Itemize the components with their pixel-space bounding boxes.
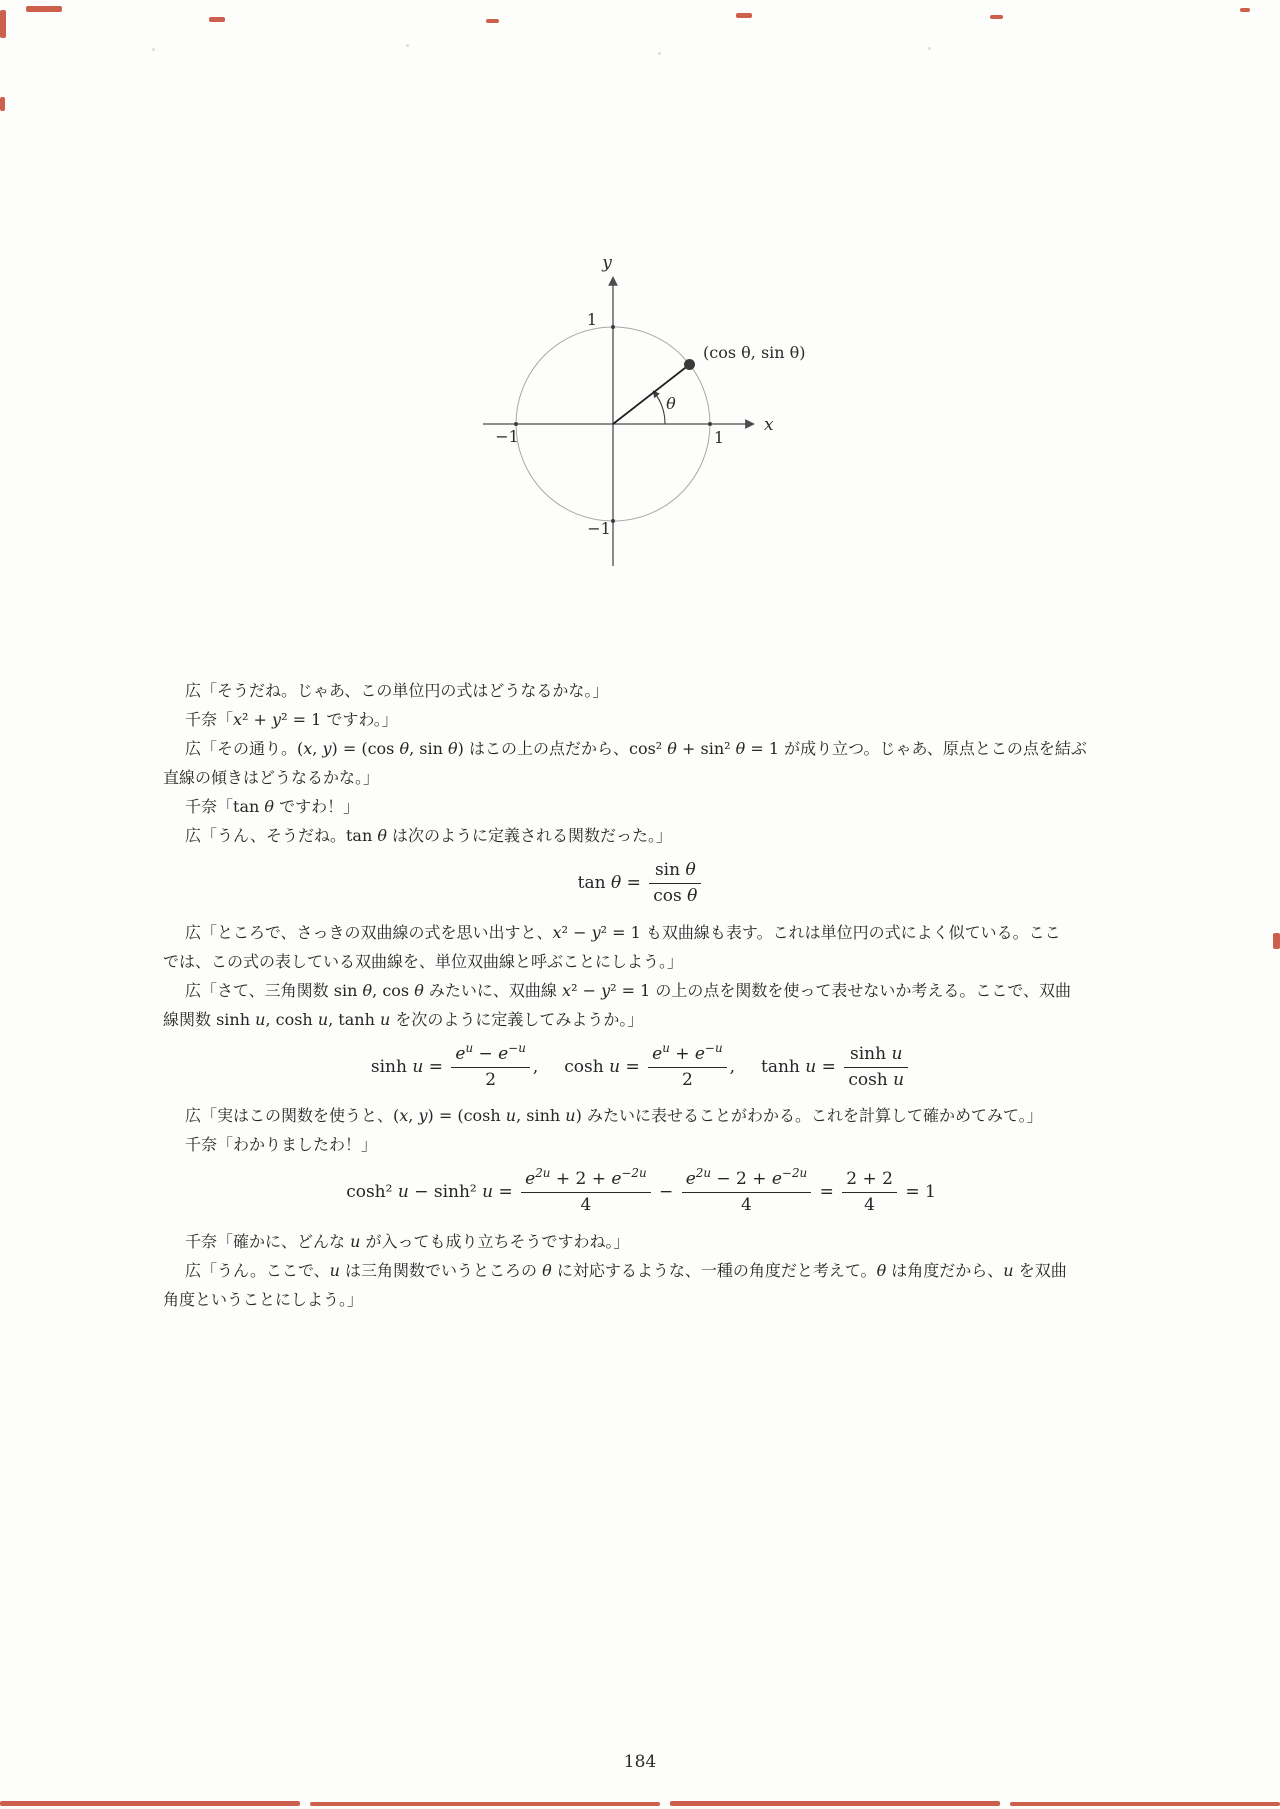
fraction: sin θcos θ xyxy=(649,860,701,908)
text-segment: , xyxy=(533,1057,538,1078)
text-segment: みたいに、双曲線 xyxy=(424,981,562,1000)
fraction: 2 + 24 xyxy=(842,1169,897,1217)
text-segment: x xyxy=(233,710,242,729)
text-segment: に対応するような、一種の角度だと考えて。 xyxy=(552,1261,877,1280)
y-axis-label: y xyxy=(601,253,612,273)
formula-identity: cosh² u − sinh² u = e2u + 2 + e−2u4 − e2… xyxy=(163,1159,1119,1227)
text-segment: tan xyxy=(578,873,611,894)
scan-artifact xyxy=(310,1802,660,1806)
text-flow: 広「そうだね。じゃあ、この単位円の式はどうなるかな。」千奈「x² + y² = … xyxy=(163,676,1119,1314)
text-segment: = xyxy=(816,1057,841,1078)
text-segment: 4 xyxy=(864,1195,875,1215)
text-line: 角度ということにしよう。」 xyxy=(163,1285,1119,1314)
text-segment: 広「そうだね。じゃあ、この単位円の式はどうなるかな。」 xyxy=(185,681,608,700)
text-segment: + 2 + xyxy=(550,1169,611,1189)
formula-hyperbolic-definitions: sinh u = eu − e−u2,cosh u = eu + e−u2,ta… xyxy=(163,1034,1119,1102)
text-segment: u xyxy=(609,1057,620,1078)
text-line: 広「ところで、さっきの双曲線の式を思い出すと、x² − y² = 1 も双曲線も… xyxy=(163,918,1119,947)
scan-artifact xyxy=(209,17,225,22)
text-segment: u xyxy=(506,1106,516,1125)
text-segment: ² − xyxy=(562,923,592,942)
text-line: 広「実はこの関数を使うと、(x, y) = (cosh u, sinh u) み… xyxy=(163,1101,1119,1130)
text-segment: 2u xyxy=(696,1166,711,1180)
text-segment: 千奈「わかりましたわ！」 xyxy=(185,1135,377,1154)
text-segment: y xyxy=(272,710,281,729)
scan-speck xyxy=(658,52,661,55)
text-line: 千奈「tan θ ですわ！」 xyxy=(163,792,1119,821)
text-segment: ² = 1 xyxy=(281,710,321,729)
text-segment: e xyxy=(686,1169,696,1189)
text-segment: θ xyxy=(448,739,458,758)
text-segment: cosh² xyxy=(346,1182,398,1203)
text-segment: θ xyxy=(736,739,746,758)
scan-artifact xyxy=(26,6,62,12)
x-axis-label: x xyxy=(764,415,774,435)
tick-dot-bottom xyxy=(611,519,615,523)
scan-artifact xyxy=(1010,1802,1280,1806)
text-segment: は角度だから、 xyxy=(886,1261,1003,1280)
text-segment: , sin xyxy=(409,739,448,758)
scan-artifact xyxy=(670,1801,1000,1806)
text-segment: −u xyxy=(705,1041,723,1055)
text-segment: e xyxy=(525,1169,535,1189)
text-segment: 広「うん、そうだね。 xyxy=(185,826,346,845)
text-segment: sin xyxy=(334,981,363,1000)
text-segment: 2 xyxy=(485,1070,496,1090)
text-segment: 角度ということにしよう。」 xyxy=(163,1290,363,1309)
text-segment: u xyxy=(465,1041,473,1055)
text-segment: 2 + 2 xyxy=(846,1169,893,1189)
tick-dot-right xyxy=(708,422,712,426)
text-segment: + sin² xyxy=(677,739,736,758)
unit-circle-diagram: y x 1 −1 1 −1 (cos θ, sin θ) θ xyxy=(450,248,810,578)
scan-artifact xyxy=(736,13,752,18)
text-segment: θ xyxy=(611,873,621,894)
text-segment: = 1 xyxy=(745,739,779,758)
document-page: y x 1 −1 1 −1 (cos θ, sin θ) θ 広「そうだね。じゃ… xyxy=(0,0,1280,1809)
text-segment: ² − xyxy=(571,981,601,1000)
text-segment: y xyxy=(592,923,601,942)
text-segment: y xyxy=(322,739,331,758)
text-segment: 直線の傾きはどうなるかな。」 xyxy=(163,768,379,787)
text-segment: は次のように定義される関数だった。」 xyxy=(387,826,672,845)
text-segment: u xyxy=(318,1010,328,1029)
text-segment: ) = (cosh xyxy=(428,1106,506,1125)
text-segment: 千奈「確かに、どんな xyxy=(185,1232,350,1251)
text-segment: が入っても成り立ちそうですわね。」 xyxy=(360,1232,629,1251)
text-segment: u xyxy=(398,1182,409,1203)
angle-arc xyxy=(654,392,665,424)
text-line: 広「さて、三角関数 sin θ, cos θ みたいに、双曲線 x² − y² … xyxy=(163,976,1119,1005)
text-segment: − 2 + xyxy=(711,1169,772,1189)
text-line: 広「その通り。(x, y) = (cos θ, sin θ) はこの上の点だから… xyxy=(163,734,1119,763)
text-segment: −2u xyxy=(782,1166,807,1180)
text-segment: ² = 1 xyxy=(610,981,650,1000)
text-segment: −u xyxy=(508,1041,526,1055)
scan-artifact xyxy=(990,15,1003,19)
text-segment: x xyxy=(303,739,312,758)
fraction: e2u + 2 + e−2u4 xyxy=(521,1169,650,1217)
text-segment: e xyxy=(772,1169,782,1189)
text-segment: 線関数 xyxy=(163,1010,216,1029)
text-segment: 広「実はこの関数を使うと、 xyxy=(185,1106,393,1125)
fraction: eu + e−u2 xyxy=(648,1044,726,1092)
text-segment: = xyxy=(621,873,646,894)
tick-dot-top xyxy=(611,325,615,329)
text-segment: θ xyxy=(877,1261,887,1280)
text-segment: tanh xyxy=(761,1057,805,1078)
scan-artifact xyxy=(0,97,5,111)
text-segment: , xyxy=(408,1106,418,1125)
text-segment: = xyxy=(620,1057,645,1078)
text-segment: 広「さて、三角関数 xyxy=(185,981,334,1000)
scan-speck xyxy=(928,47,931,50)
text-segment: u xyxy=(380,1010,390,1029)
text-segment: u xyxy=(412,1057,423,1078)
text-segment: θ xyxy=(399,739,409,758)
text-line: 千奈「確かに、どんな u が入っても成り立ちそうですわね。」 xyxy=(163,1227,1119,1256)
text-segment: 千奈「 xyxy=(185,797,233,816)
text-segment: tan xyxy=(233,797,264,816)
text-segment: では、この式の表している双曲線を、単位双曲線と呼ぶことにしよう。」 xyxy=(163,952,683,971)
point-label: (cos θ, sin θ) xyxy=(703,343,806,362)
text-segment: , sinh xyxy=(516,1106,565,1125)
text-segment: 2 xyxy=(682,1070,693,1090)
text-segment: sin xyxy=(655,860,686,880)
text-line: 広「そうだね。じゃあ、この単位円の式はどうなるかな。」 xyxy=(163,676,1119,705)
text-segment: 広「ところで、さっきの双曲線の式を思い出すと、 xyxy=(185,923,553,942)
text-segment: sinh xyxy=(371,1057,412,1078)
text-segment: u xyxy=(1003,1261,1013,1280)
text-segment: ) = (cos xyxy=(332,739,400,758)
text-segment: e xyxy=(455,1044,465,1064)
text-segment: θ xyxy=(414,981,424,1000)
text-segment: 2u xyxy=(535,1166,550,1180)
text-segment: ² = 1 xyxy=(601,923,641,942)
text-segment: x xyxy=(553,923,562,942)
text-segment: の上の点を関数を使って表せないか考える。ここで、双曲 xyxy=(650,981,1071,1000)
text-segment: u xyxy=(350,1232,360,1251)
text-segment: を双曲 xyxy=(1014,1261,1067,1280)
unit-circle-svg: y x 1 −1 1 −1 (cos θ, sin θ) θ xyxy=(450,248,810,578)
text-segment: は三角関数でいうところの xyxy=(340,1261,542,1280)
text-segment: も双曲線も表す。これは単位円の式によく似ている。ここ xyxy=(641,923,1061,942)
text-segment: − sinh² xyxy=(409,1182,482,1203)
text-segment: 4 xyxy=(580,1195,591,1215)
text-segment: , xyxy=(312,739,322,758)
text-segment: tan xyxy=(346,826,377,845)
text-segment: u xyxy=(565,1106,575,1125)
text-segment: が成り立つ。じゃあ、原点とこの点を結ぶ xyxy=(779,739,1087,758)
text-segment: 広「その通り。 xyxy=(185,739,297,758)
text-segment: , xyxy=(730,1057,735,1078)
text-segment: u xyxy=(330,1261,340,1280)
text-segment: e xyxy=(498,1044,508,1064)
text-segment: ² + xyxy=(242,710,272,729)
text-segment: u xyxy=(662,1041,670,1055)
scan-artifact xyxy=(0,10,6,38)
tick-label-top: 1 xyxy=(587,310,597,329)
text-line: 直線の傾きはどうなるかな。」 xyxy=(163,763,1119,792)
text-segment: x xyxy=(562,981,571,1000)
scan-speck xyxy=(152,48,155,51)
text-segment: = xyxy=(423,1057,448,1078)
text-line: 千奈「わかりましたわ！」 xyxy=(163,1130,1119,1159)
scan-artifact xyxy=(1273,933,1280,949)
angle-label: θ xyxy=(666,394,676,413)
text-segment: , tanh xyxy=(328,1010,380,1029)
scan-artifact xyxy=(0,1801,300,1806)
text-line: 線関数 sinh u, cosh u, tanh u を次のように定義してみよう… xyxy=(163,1005,1119,1034)
page-number: 184 xyxy=(0,1752,1280,1772)
text-segment: cosh xyxy=(564,1057,609,1078)
text-segment: e xyxy=(695,1044,705,1064)
text-segment: −2u xyxy=(621,1166,646,1180)
text-line: では、この式の表している双曲線を、単位双曲線と呼ぶことにしよう。」 xyxy=(163,947,1119,976)
text-segment: θ xyxy=(377,826,387,845)
tick-label-right: 1 xyxy=(714,428,724,447)
scan-artifact xyxy=(486,19,499,23)
text-segment: θ xyxy=(685,860,695,880)
text-segment: + xyxy=(670,1044,695,1064)
tick-dot-left xyxy=(514,422,518,426)
fraction: sinh ucosh u xyxy=(844,1044,908,1092)
text-segment: = xyxy=(493,1182,518,1203)
text-segment: θ xyxy=(667,739,677,758)
text-segment: , cosh xyxy=(265,1010,317,1029)
text-line: 広「うん。ここで、u は三角関数でいうところの θ に対応するような、一種の角度… xyxy=(163,1256,1119,1285)
text-segment: u xyxy=(891,1044,902,1064)
fraction: eu − e−u2 xyxy=(451,1044,529,1092)
text-segment: , cos xyxy=(372,981,414,1000)
text-segment: cos xyxy=(653,886,687,906)
text-segment: sinh xyxy=(216,1010,255,1029)
text-segment: cosh xyxy=(848,1070,893,1090)
text-segment: x xyxy=(399,1106,408,1125)
text-segment: はこの上の点だから、 xyxy=(464,739,629,758)
fraction: e2u − 2 + e−2u4 xyxy=(682,1169,811,1217)
text-segment: 広「うん。ここで、 xyxy=(185,1261,330,1280)
scan-speck xyxy=(406,44,409,47)
text-segment: e xyxy=(611,1169,621,1189)
text-segment: ですわ！」 xyxy=(274,797,359,816)
text-line: 千奈「x² + y² = 1 ですわ。」 xyxy=(163,705,1119,734)
tick-label-left: −1 xyxy=(495,427,519,446)
text-segment: = 1 xyxy=(900,1182,936,1203)
text-segment: ですわ。」 xyxy=(321,710,397,729)
text-segment: みたいに表せることがわかる。これを計算して確かめてみて。」 xyxy=(582,1106,1043,1125)
point-dot xyxy=(684,359,695,370)
text-segment: u xyxy=(482,1182,493,1203)
text-segment: cos² xyxy=(629,739,667,758)
text-segment: y xyxy=(418,1106,427,1125)
text-segment: sinh xyxy=(850,1044,891,1064)
text-segment: y xyxy=(601,981,610,1000)
text-line: 広「うん、そうだね。tan θ は次のように定義される関数だった。」 xyxy=(163,821,1119,850)
text-segment: − xyxy=(473,1044,498,1064)
text-segment: 千奈「 xyxy=(185,710,233,729)
text-segment: 4 xyxy=(741,1195,752,1215)
text-segment: u xyxy=(805,1057,816,1078)
text-segment: u xyxy=(255,1010,265,1029)
text-segment: θ xyxy=(542,1261,552,1280)
formula-tan-definition: tan θ = sin θcos θ xyxy=(163,850,1119,918)
text-segment: を次のように定義してみようか。」 xyxy=(390,1010,643,1029)
tick-label-bottom: −1 xyxy=(587,519,611,538)
radius-line xyxy=(613,365,690,425)
text-segment: e xyxy=(652,1044,662,1064)
text-segment: − xyxy=(654,1182,679,1203)
scan-artifact xyxy=(1240,8,1250,12)
text-segment: u xyxy=(893,1070,904,1090)
text-segment: = xyxy=(814,1182,839,1203)
text-segment: θ xyxy=(363,981,373,1000)
text-segment: θ xyxy=(264,797,274,816)
text-segment: θ xyxy=(687,886,697,906)
